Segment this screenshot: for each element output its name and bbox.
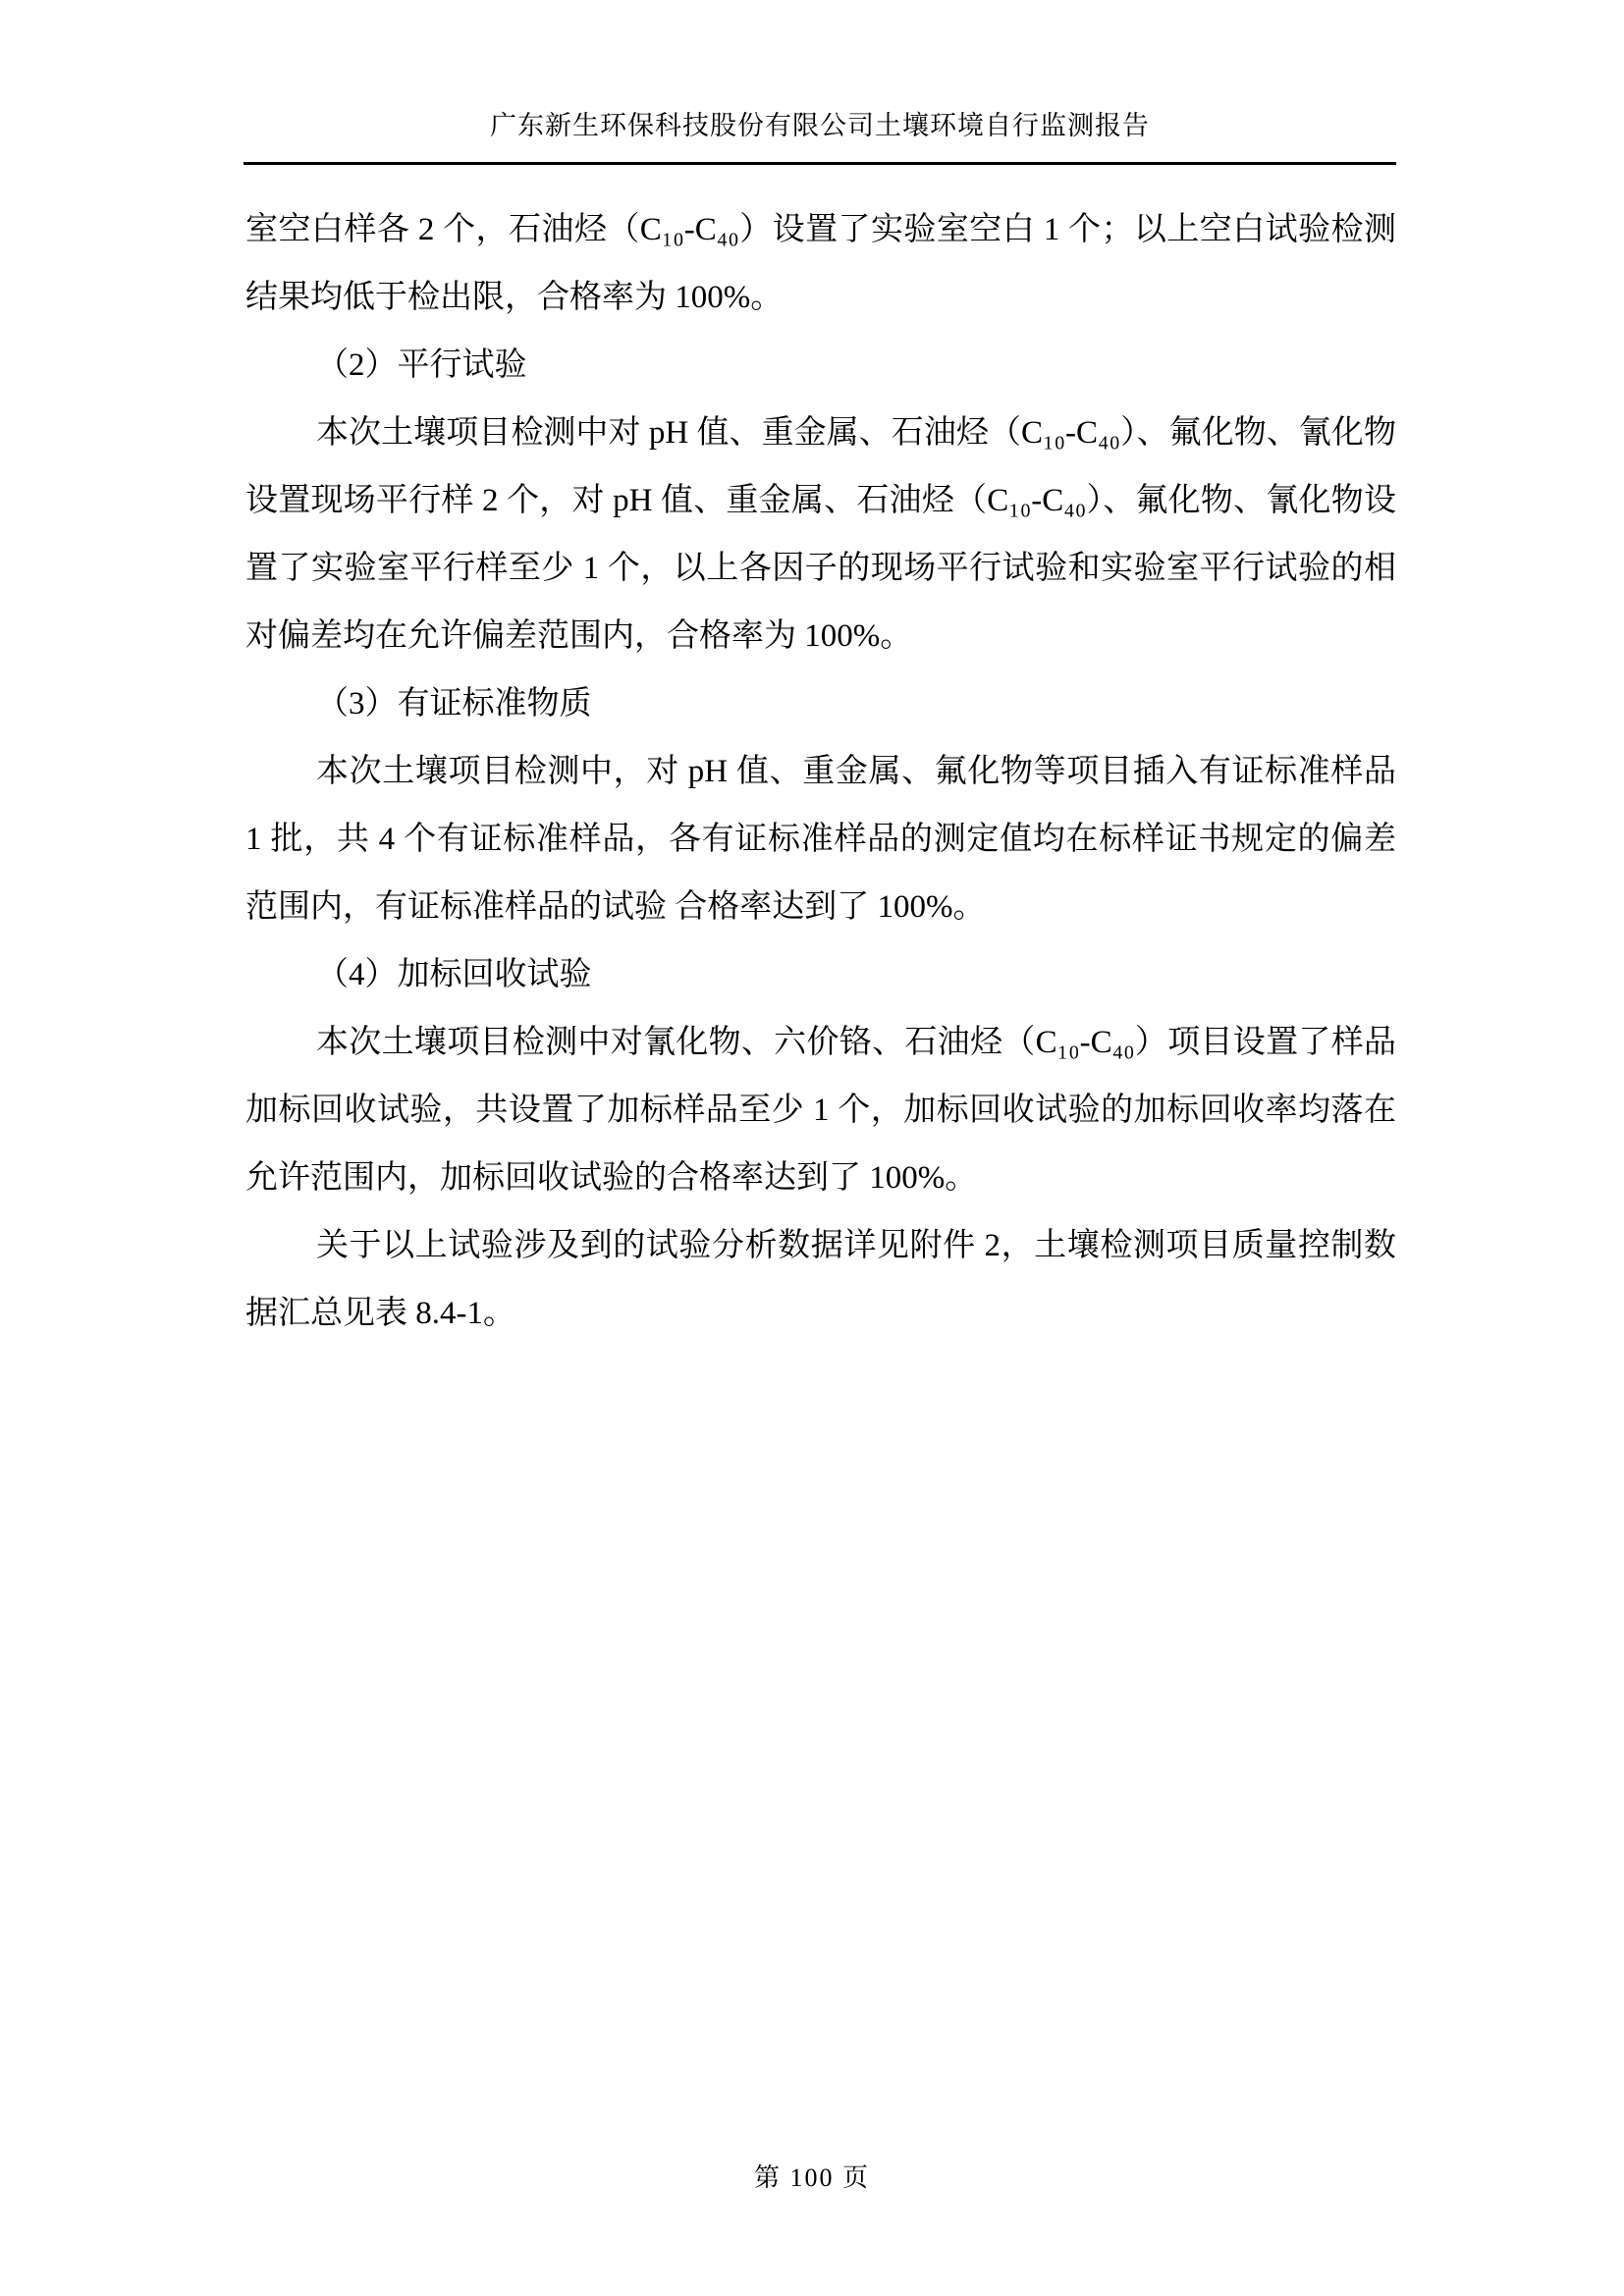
heading-parallel-test: （2）平行试验 [245,332,1396,400]
paragraph-data-summary-reference: 关于以上试验涉及到的试验分析数据详见附件 2，土壤检测项目质量控制数据汇总见表 … [245,1212,1396,1348]
document-body: 室空白样各 2 个，石油烃（C₁₀-C₄₀）设置了实验室空白 1 个；以上空白试… [245,196,1396,1348]
paragraph-blank-test-continuation: 室空白样各 2 个，石油烃（C₁₀-C₄₀）设置了实验室空白 1 个；以上空白试… [245,196,1396,332]
page-number: 第 100 页 [754,2163,870,2192]
page-footer: 第 100 页 [0,2159,1624,2198]
paragraph-parallel-test: 本次土壤项目检测中对 pH 值、重金属、石油烃（C₁₀-C₄₀）、氟化物、氰化物… [245,400,1396,670]
paragraph-certified-reference-material: 本次土壤项目检测中，对 pH 值、重金属、氟化物等项目插入有证标准样品 1 批，… [245,738,1396,941]
header-title: 广东新生环保科技股份有限公司土壤环境自行监测报告 [244,108,1396,143]
heading-spike-recovery-test: （4）加标回收试验 [245,941,1396,1009]
heading-certified-reference-material: （3）有证标准物质 [245,670,1396,738]
document-page: 广东新生环保科技股份有限公司土壤环境自行监测报告 室空白样各 2 个，石油烃（C… [0,0,1624,2296]
paragraph-spike-recovery-test: 本次土壤项目检测中对氰化物、六价铬、石油烃（C₁₀-C₄₀）项目设置了样品加标回… [245,1009,1396,1212]
header-rule [244,162,1396,165]
